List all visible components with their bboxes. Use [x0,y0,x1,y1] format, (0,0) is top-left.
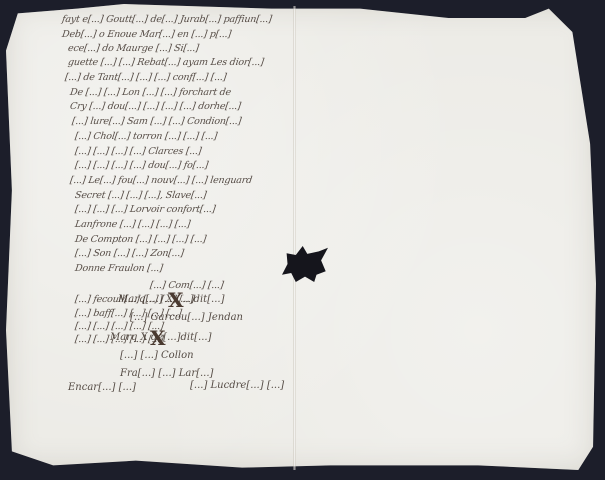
manuscript-line: [...] [...] [...] [...] Clarces [...] [74,146,202,157]
manuscript-line: Deb[...] o Enoue Mar[...] en [...] p[...… [61,29,232,40]
manuscript-line: [...] Chol[...] torron [...] [...] [...] [74,131,218,142]
signature: [...] [...] Collon [120,350,194,361]
manuscript-line: fayt e[...] Goutt[...] de[...] Jurab[...… [61,14,272,25]
cross-mark: X [168,288,184,312]
manuscript-line: Cry [...] dou[...] [...] [...] [...] dor… [69,101,241,112]
manuscript-line: guette [...] [...] Rebat[...] ayam Les d… [67,57,264,68]
signature: [...] Garcou[...] Jendan [130,312,243,323]
manuscript-line: [...] Le[...] fou[...] nouv[...] [...] l… [69,175,252,186]
manuscript-line: [...] Son [...] [...] Zon[...] [74,248,184,259]
signature: [...] Lucdre[...] [...] [190,380,284,391]
manuscript-line: Donne Fraulon [...] [74,263,163,274]
manuscript-line: De [...] [...] Lon [...] [...] forchart … [69,87,232,98]
cross-mark: X [150,326,166,350]
manuscript-line: [...] [...] [...] Lorvoir confort[...] [74,204,216,215]
manuscript-line: [...] de Tant[...] [...] [...] conf[...]… [64,72,227,83]
manuscript-line: Secret [...] [...] [...], Slave[...] [74,190,207,201]
closing-line: [...] Com[...] [...] [149,280,224,291]
manuscript-line: ece[...] do Maurge [...] Si[...] [67,43,199,54]
signature: Encar[...] [...] [68,382,136,393]
center-fold [293,6,296,470]
manuscript-line: [...] lure[...] Sam [...] [...] Condion[… [71,116,242,127]
manuscript-line: Lanfrone [...] [...] [...] [...] [74,219,191,230]
manuscript-line: De Compton [...] [...] [...] [...] [74,234,207,245]
signature: Fra[...] [...] Lar[...] [120,368,213,379]
manuscript-line: [...] [...] [...] [...] dou[...] fo[...] [74,160,209,171]
